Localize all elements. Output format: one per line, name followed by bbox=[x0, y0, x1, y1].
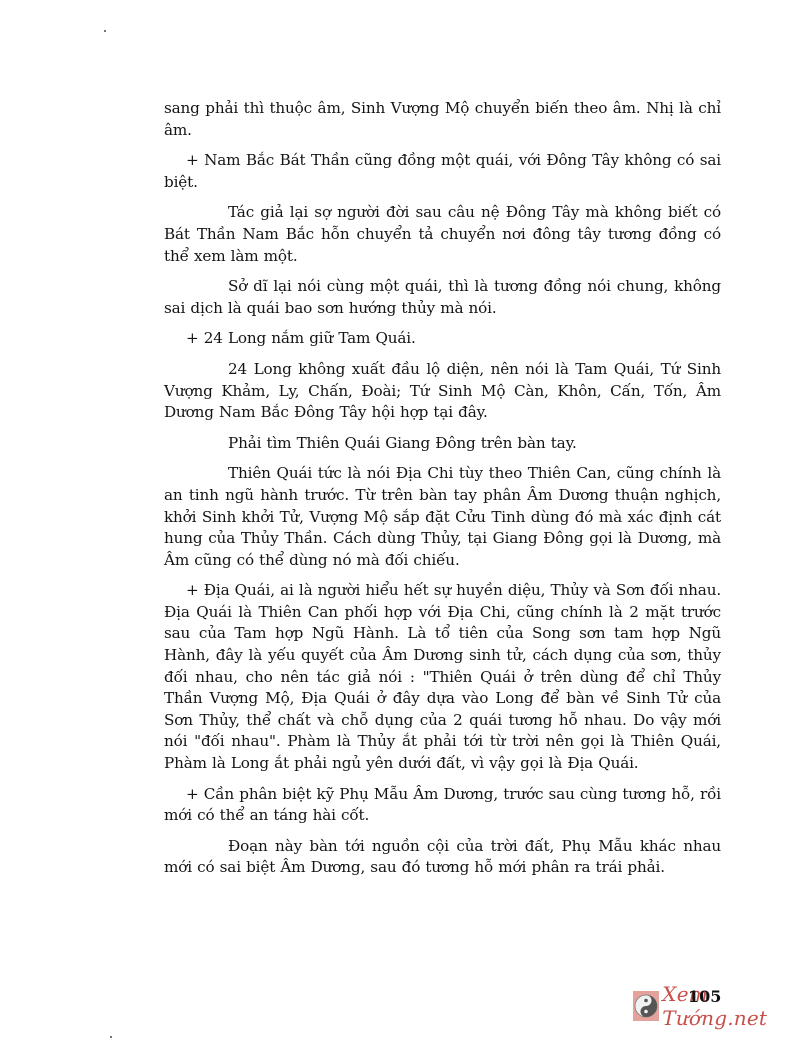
paragraph-bullet-nam-bac: + Nam Bắc Bát Thần cũng đồng một quái, v… bbox=[164, 150, 721, 193]
paragraph-tac-gia: Tác giả lại sợ người đời sau câu nệ Đông… bbox=[164, 202, 721, 267]
yin-yang-icon bbox=[633, 991, 659, 1021]
paragraph-phai-tim: Phải tìm Thiên Quái Giang Đông trên bàn … bbox=[164, 433, 721, 455]
paragraph-thien-quai: Thiên Quái tức là nói Địa Chi tùy theo T… bbox=[164, 463, 721, 571]
paragraph-24-long: 24 Long không xuất đầu lộ diện, nên nói … bbox=[164, 359, 721, 424]
paragraph-bullet-24-long: + 24 Long nắm giữ Tam Quái. bbox=[164, 328, 721, 350]
paragraph-so-di: Sở dĩ lại nói cùng một quái, thì là tươn… bbox=[164, 276, 721, 319]
page-number: 105 bbox=[688, 987, 721, 1006]
watermark-text: Xem Tướng.net bbox=[662, 982, 800, 1030]
paragraph-continuation: sang phải thì thuộc âm, Sinh Vượng Mộ ch… bbox=[164, 98, 721, 141]
document-page: sang phải thì thuộc âm, Sinh Vượng Mộ ch… bbox=[164, 98, 721, 879]
scan-speck bbox=[104, 30, 106, 32]
scan-speck bbox=[110, 1036, 112, 1038]
paragraph-doan-nay: Đoạn này bàn tới nguồn cội của trời đất,… bbox=[164, 836, 721, 879]
paragraph-bullet-dia-quai: + Địa Quái, ai là người hiểu hết sự huyề… bbox=[164, 580, 721, 774]
paragraph-bullet-can-phan-biet: + Cần phân biệt kỹ Phụ Mẫu Âm Dương, trư… bbox=[164, 784, 721, 827]
